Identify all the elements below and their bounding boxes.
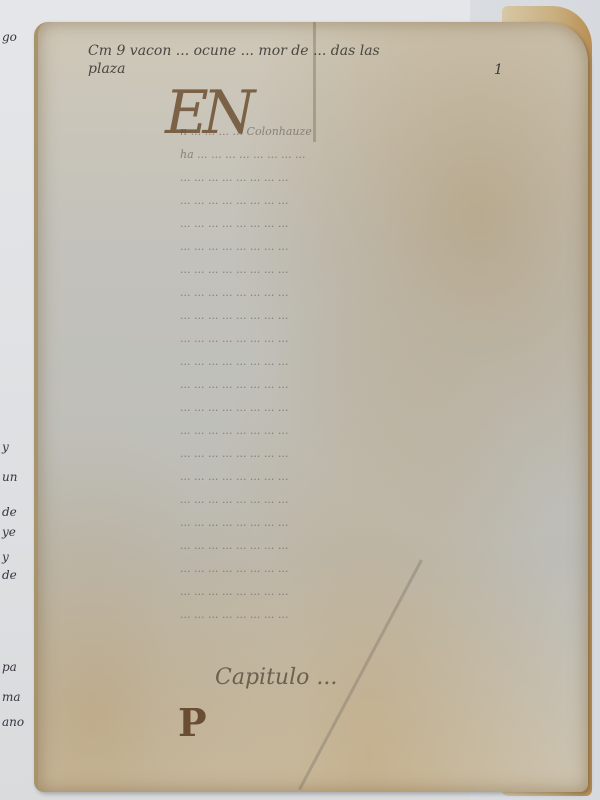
text-line: n ... ... ... ... Colonhauze xyxy=(180,120,480,143)
text-line: ... ... ... ... ... ... ... ... xyxy=(180,235,480,258)
section-initial: P xyxy=(178,700,207,745)
text-line: ... ... ... ... ... ... ... ... xyxy=(180,511,480,534)
text-line: ... ... ... ... ... ... ... ... xyxy=(180,350,480,373)
text-line: ha ... ... ... ... ... ... ... ... xyxy=(180,143,480,166)
margin-word: pa xyxy=(2,660,17,674)
header-note-line: Cm 9 vacon ... ocune ... mor de ... das … xyxy=(88,42,488,60)
text-line: ... ... ... ... ... ... ... ... xyxy=(180,603,480,626)
text-line: ... ... ... ... ... ... ... ... xyxy=(180,258,480,281)
body-text: n ... ... ... ... Colonhauze ha ... ... … xyxy=(180,120,480,626)
text-line: ... ... ... ... ... ... ... ... xyxy=(180,304,480,327)
margin-word: ma xyxy=(2,690,21,704)
margin-word: ye xyxy=(2,525,16,539)
margin-word: un xyxy=(2,470,17,484)
text-line: ... ... ... ... ... ... ... ... xyxy=(180,557,480,580)
text-line: ... ... ... ... ... ... ... ... xyxy=(180,580,480,603)
margin-word: de xyxy=(2,505,17,519)
margin-word: go xyxy=(2,30,17,44)
text-line: ... ... ... ... ... ... ... ... xyxy=(180,396,480,419)
text-line: ... ... ... ... ... ... ... ... xyxy=(180,373,480,396)
header-note-line: plaza xyxy=(88,60,488,78)
margin-word: de xyxy=(2,568,17,582)
text-line: ... ... ... ... ... ... ... ... xyxy=(180,327,480,350)
text-line: ... ... ... ... ... ... ... ... xyxy=(180,442,480,465)
text-line: ... ... ... ... ... ... ... ... xyxy=(180,281,480,304)
text-line: ... ... ... ... ... ... ... ... xyxy=(180,419,480,442)
text-line: ... ... ... ... ... ... ... ... xyxy=(180,166,480,189)
margin-word: y xyxy=(2,440,9,454)
text-line: ... ... ... ... ... ... ... ... xyxy=(180,534,480,557)
text-line: ... ... ... ... ... ... ... ... xyxy=(180,189,480,212)
chapter-heading: Capitulo ... xyxy=(215,665,337,690)
text-line: ... ... ... ... ... ... ... ... xyxy=(180,212,480,235)
text-line: ... ... ... ... ... ... ... ... xyxy=(180,488,480,511)
text-line: ... ... ... ... ... ... ... ... xyxy=(180,465,480,488)
folio-number: 1 xyxy=(494,62,503,78)
margin-word: y xyxy=(2,550,9,564)
header-note: Cm 9 vacon ... ocune ... mor de ... das … xyxy=(88,42,488,78)
margin-word: ano xyxy=(2,715,24,729)
